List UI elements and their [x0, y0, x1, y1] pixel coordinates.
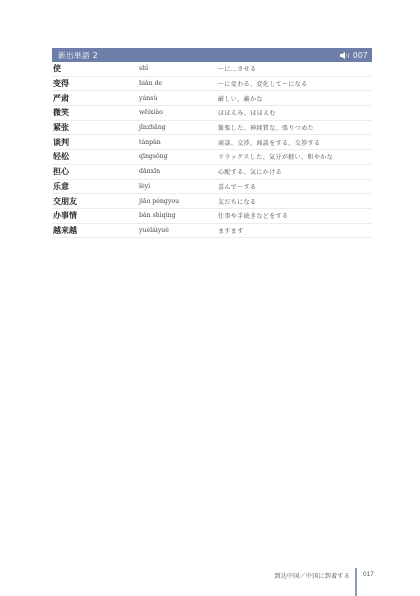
vocab-row: 轻松 qīngsōng リラックスした、気分が軽い、和やかな: [52, 150, 372, 165]
meaning: 緊張した、神経質な、張りつめた: [218, 123, 372, 132]
vocab-row: 越来越 yuèláiyuè ますます: [52, 224, 372, 239]
hanzi: 乐意: [52, 181, 139, 192]
pinyin: lèyì: [139, 183, 218, 190]
pinyin: jiāo péngyou: [139, 198, 218, 205]
pinyin: tánpàn: [139, 139, 218, 146]
meaning: 喜んで〜する: [218, 182, 372, 191]
hanzi: 办事情: [52, 210, 139, 221]
hanzi: 变得: [52, 78, 139, 89]
hanzi: 使: [52, 63, 139, 74]
section-title: 新出単語 2: [58, 50, 98, 61]
pinyin: shǐ: [139, 65, 218, 72]
hanzi: 紧张: [52, 122, 139, 133]
hanzi: 担心: [52, 166, 139, 177]
pinyin: biàn de: [139, 80, 218, 87]
pinyin: yuèláiyuè: [139, 227, 218, 234]
pinyin: jǐnzhāng: [139, 124, 218, 131]
vocab-row: 微笑 wēixiào ほほえみ、ほほえむ: [52, 106, 372, 121]
track-number: 007: [353, 51, 368, 60]
hanzi: 交朋友: [52, 196, 139, 207]
vocab-row: 紧张 jǐnzhāng 緊張した、神経質な、張りつめた: [52, 121, 372, 136]
hanzi: 微笑: [52, 107, 139, 118]
meaning: 厳しい、厳かな: [218, 94, 372, 103]
pinyin: yánsù: [139, 95, 218, 102]
meaning: 〜に変わる、変化して〜になる: [218, 79, 372, 88]
meaning: 友だちになる: [218, 197, 372, 206]
speaker-icon: [340, 52, 351, 59]
pinyin: bàn shìqing: [139, 212, 218, 219]
meaning: 〜に…させる: [218, 64, 372, 73]
vocab-row: 担心 dānxīn 心配する、気にかける: [52, 165, 372, 180]
hanzi: 越来越: [52, 225, 139, 236]
vocab-row: 谈判 tánpàn 商談、交渉、商談をする、交渉する: [52, 135, 372, 150]
chapter-title: 到达中国／中国に到着する: [274, 571, 350, 580]
meaning: 商談、交渉、商談をする、交渉する: [218, 138, 372, 147]
meaning: 仕事や手続きなどをする: [218, 211, 372, 220]
vocab-row: 变得 biàn de 〜に変わる、変化して〜になる: [52, 77, 372, 92]
vocabulary-table: 新出単語 2 007 使 shǐ 〜に…させる 变得 biàn de 〜に変わる…: [52, 48, 372, 238]
vocab-row: 严肃 yánsù 厳しい、厳かな: [52, 91, 372, 106]
meaning: ほほえみ、ほほえむ: [218, 108, 372, 117]
meaning: リラックスした、気分が軽い、和やかな: [218, 152, 372, 161]
hanzi: 严肃: [52, 93, 139, 104]
vocab-row: 交朋友 jiāo péngyou 友だちになる: [52, 194, 372, 209]
vocab-row: 办事情 bàn shìqing 仕事や手続きなどをする: [52, 209, 372, 224]
footer-divider: [355, 568, 357, 596]
pinyin: dānxīn: [139, 168, 218, 175]
hanzi: 轻松: [52, 151, 139, 162]
page-number: 017: [363, 571, 374, 578]
pinyin: wēixiào: [139, 109, 218, 116]
vocab-row: 乐意 lèyì 喜んで〜する: [52, 180, 372, 195]
meaning: ますます: [218, 226, 372, 235]
vocab-row: 使 shǐ 〜に…させる: [52, 62, 372, 77]
pinyin: qīngsōng: [139, 153, 218, 160]
audio-track[interactable]: 007: [340, 51, 368, 60]
section-header: 新出単語 2 007: [52, 48, 372, 62]
meaning: 心配する、気にかける: [218, 167, 372, 176]
hanzi: 谈判: [52, 137, 139, 148]
